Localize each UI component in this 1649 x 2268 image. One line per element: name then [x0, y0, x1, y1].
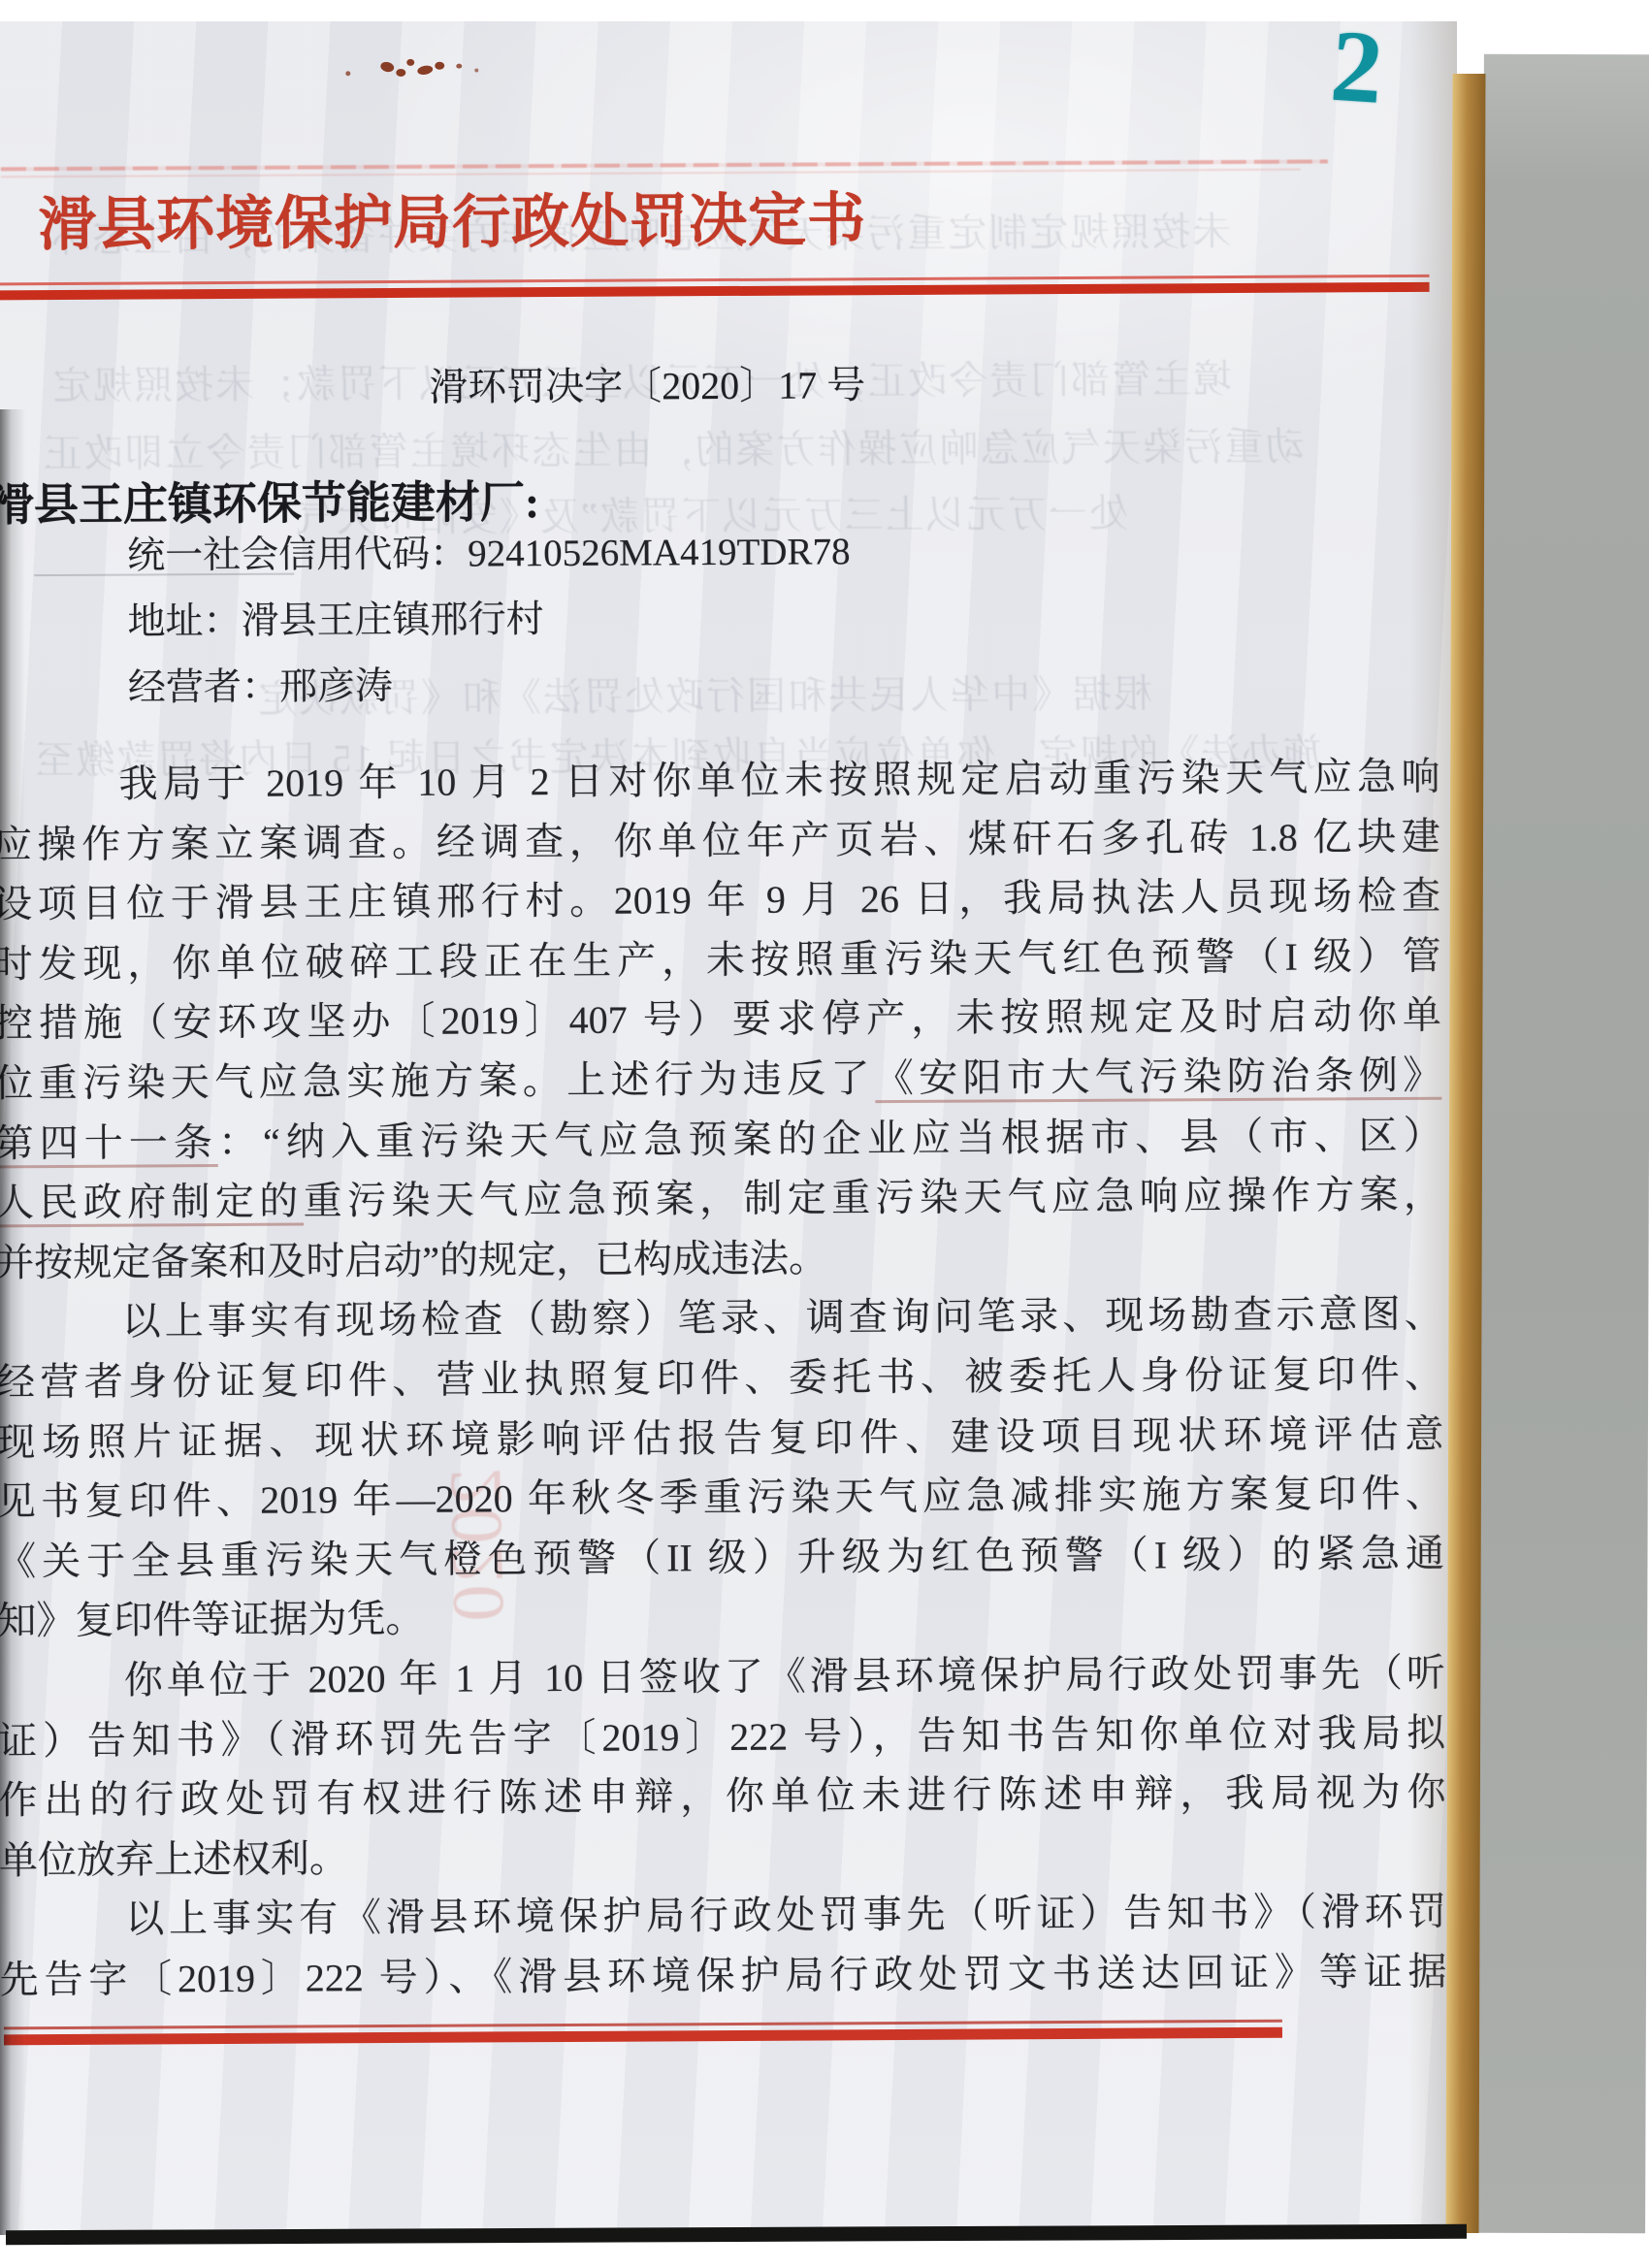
body-text: 单位放弃上述权利。 [0, 1836, 348, 1882]
body-text: 见书复印件、2019 年—2020 年秋冬季重污染天气应急减排实施方案复印件、 [0, 1472, 1444, 1524]
body-line: 以上事实有《滑县环境保护局行政处罚事先（听证）告知书》（滑环罚 [0, 1882, 1446, 1950]
ink-stain [435, 62, 444, 70]
body-text: 并按规定备案和及时启动”的规定，已构成违法。 [0, 1236, 827, 1284]
document-number: 滑环罚决字〔2020〕17 号 [429, 354, 865, 412]
body-text: 应操作方案立案调查。经调查，你单位年产页岩、煤矸石多孔砖 1.8 亿块建 [0, 814, 1440, 866]
body-text: 证）告知书》（滑环罚先告字〔2019〕222 号），告知书告知你单位对我局拟 [0, 1710, 1445, 1763]
body-line: 位重污染天气应急实施方案。上述行为违反了《安阳市大气污染防治条例》 [0, 1046, 1441, 1114]
underlined-citation: 人民政府制定的 [0, 1180, 304, 1228]
body-line: 经营者身份证复印件、营业执照复印件、委托书、被委托人身份证复印件、 [0, 1345, 1443, 1412]
body-text: 以上事实有《滑县环境保护局行政处罚事先（听证）告知书》（滑环罚 [125, 1890, 1446, 1941]
operator-line: 经营者：邢彦涛 [128, 656, 393, 712]
body-text: 作出的行政处罚有权进行陈述申辩，你单位未进行陈述申辩，我局视为你 [0, 1770, 1446, 1823]
body-line: 时发现，你单位破碎工段正在生产，未按照重污染天气红色预警（I 级）管 [0, 926, 1441, 994]
document-title: 滑县环境保护局行政处罚决定书 [38, 191, 866, 254]
underlined-citation: 《安阳市大气污染防治条例》 [875, 1053, 1442, 1103]
body-line: 现场照片证据、现状环境影响评估报告复印件、建设项目现状环境评估意 [0, 1404, 1444, 1472]
body-line: 控措施（安环攻坚办〔2019〕407 号）要求停产，未按照规定及时启动你单 [0, 986, 1441, 1053]
body-text: 设项目位于滑县王庄镇邢行村。2019 年 9 月 26 日，我局执法人员现场检查 [0, 874, 1440, 926]
body-text: 位重污染天气应急实施方案。上述行为违反了 [0, 1056, 875, 1105]
body-line: 我局于 2019 年 10 月 2 日对你单位未按照规定启动重污染天气应急响 [0, 747, 1440, 815]
ink-stain [474, 68, 478, 72]
body-text: 你单位于 2020 年 1 月 10 日签收了《滑县环境保护局行政处罚事先（听 [124, 1651, 1445, 1702]
body-line: 知》复印件等证据为凭。 [0, 1583, 1445, 1651]
underlined-citation: 第四十一条 [0, 1120, 218, 1168]
body-line: 先告字〔2019〕222 号）、《滑县环境保护局行政处罚文书送达回证》等证据 [0, 1942, 1447, 2010]
body-line: 以上事实有现场检查（勘察）笔录、调查询问笔录、现场勘查示意图、 [0, 1284, 1443, 1352]
body-line: 《关于全县重污染天气橙色预警（II 级）升级为红色预警（I 级）的紧急通 [0, 1523, 1444, 1591]
body-line: 设项目位于滑县王庄镇邢行村。2019 年 9 月 26 日，我局执法人员现场检查 [0, 866, 1440, 934]
ink-stain [396, 69, 405, 77]
body-text: 知》复印件等证据为凭。 [0, 1597, 425, 1643]
body-text: 重污染天气应急预案，制定重污染天气应急响应操作方案， [303, 1173, 1442, 1223]
body-text: 时发现，你单位破碎工段正在生产，未按照重污染天气红色预警（I 级）管 [0, 934, 1441, 987]
body-line: 作出的行政处罚有权进行陈述申辩，你单位未进行陈述申辩，我局视为你 [0, 1763, 1446, 1831]
body-line: 应操作方案立案调查。经调查，你单位年产页岩、煤矸石多孔砖 1.8 亿块建 [0, 806, 1440, 874]
scanner-background [1476, 54, 1649, 2234]
address-line: 地址：滑县王庄镇邢行村 [127, 589, 543, 645]
ink-stain [406, 59, 414, 66]
body-text: 先告字〔2019〕222 号）、《滑县环境保护局行政处罚文书送达回证》等证据 [0, 1950, 1447, 2002]
body-text: 经营者身份证复印件、营业执照复印件、委托书、被委托人身份证复印件、 [0, 1352, 1443, 1405]
body-text: 现场照片证据、现状环境影响评估报告复印件、建设项目现状环境评估意 [0, 1411, 1444, 1464]
document-body: 我局于 2019 年 10 月 2 日对你单位未按照规定启动重污染天气应急响应操… [0, 747, 1447, 2010]
body-line: 证）告知书》（滑环罚先告字〔2019〕222 号），告知书告知你单位对我局拟 [0, 1702, 1445, 1770]
credit-code-line: 统一社会信用代码：92410526MA419TDR78 [127, 521, 851, 579]
body-line: 并按规定备案和及时启动”的规定，已构成违法。 [0, 1225, 1443, 1293]
handwritten-page-number: 2 [1328, 21, 1386, 120]
page-stack-edge [1446, 74, 1486, 2233]
body-text: 以上事实有现场检查（勘察）笔录、调查询问笔录、现场勘查示意图、 [122, 1292, 1443, 1344]
body-line: 单位放弃上述权利。 [0, 1822, 1446, 1890]
body-line: 人民政府制定的重污染天气应急预案，制定重污染天气应急响应操作方案， [0, 1165, 1442, 1233]
scanned-paper: 未按照规定制定重污染天气应急响应操作方案并备案的，由生态环境主管部门责令改正，处… [0, 21, 1457, 2235]
body-text: 《关于全县重污染天气橙色预警（II 级）升级为红色预警（I 级）的紧急通 [0, 1531, 1444, 1583]
body-line: 你单位于 2020 年 1 月 10 日签收了《滑县环境保护局行政处罚事先（听 [0, 1643, 1445, 1711]
body-line: 第四十一条：“纳入重污染天气应急预案的企业应当根据市、县（市、区） [0, 1105, 1442, 1173]
page-content: 未按照规定制定重污染天气应急响应操作方案并备案的，由生态环境主管部门责令改正，处… [0, 21, 1457, 2235]
ink-stain [345, 71, 350, 76]
body-text: 我局于 2019 年 10 月 2 日对你单位未按照规定启动重污染天气应急响 [118, 755, 1439, 806]
ink-stain [456, 64, 462, 69]
scan-left-shadow [0, 409, 25, 2235]
body-text: ：“纳入重污染天气应急预案的企业应当根据市、县（市、区） [218, 1113, 1442, 1163]
body-text: 控措施（安环攻坚办〔2019〕407 号）要求停产，未按照规定及时启动你单 [0, 993, 1441, 1046]
body-line: 见书复印件、2019 年—2020 年秋冬季重污染天气应急减排实施方案复印件、 [0, 1464, 1444, 1532]
